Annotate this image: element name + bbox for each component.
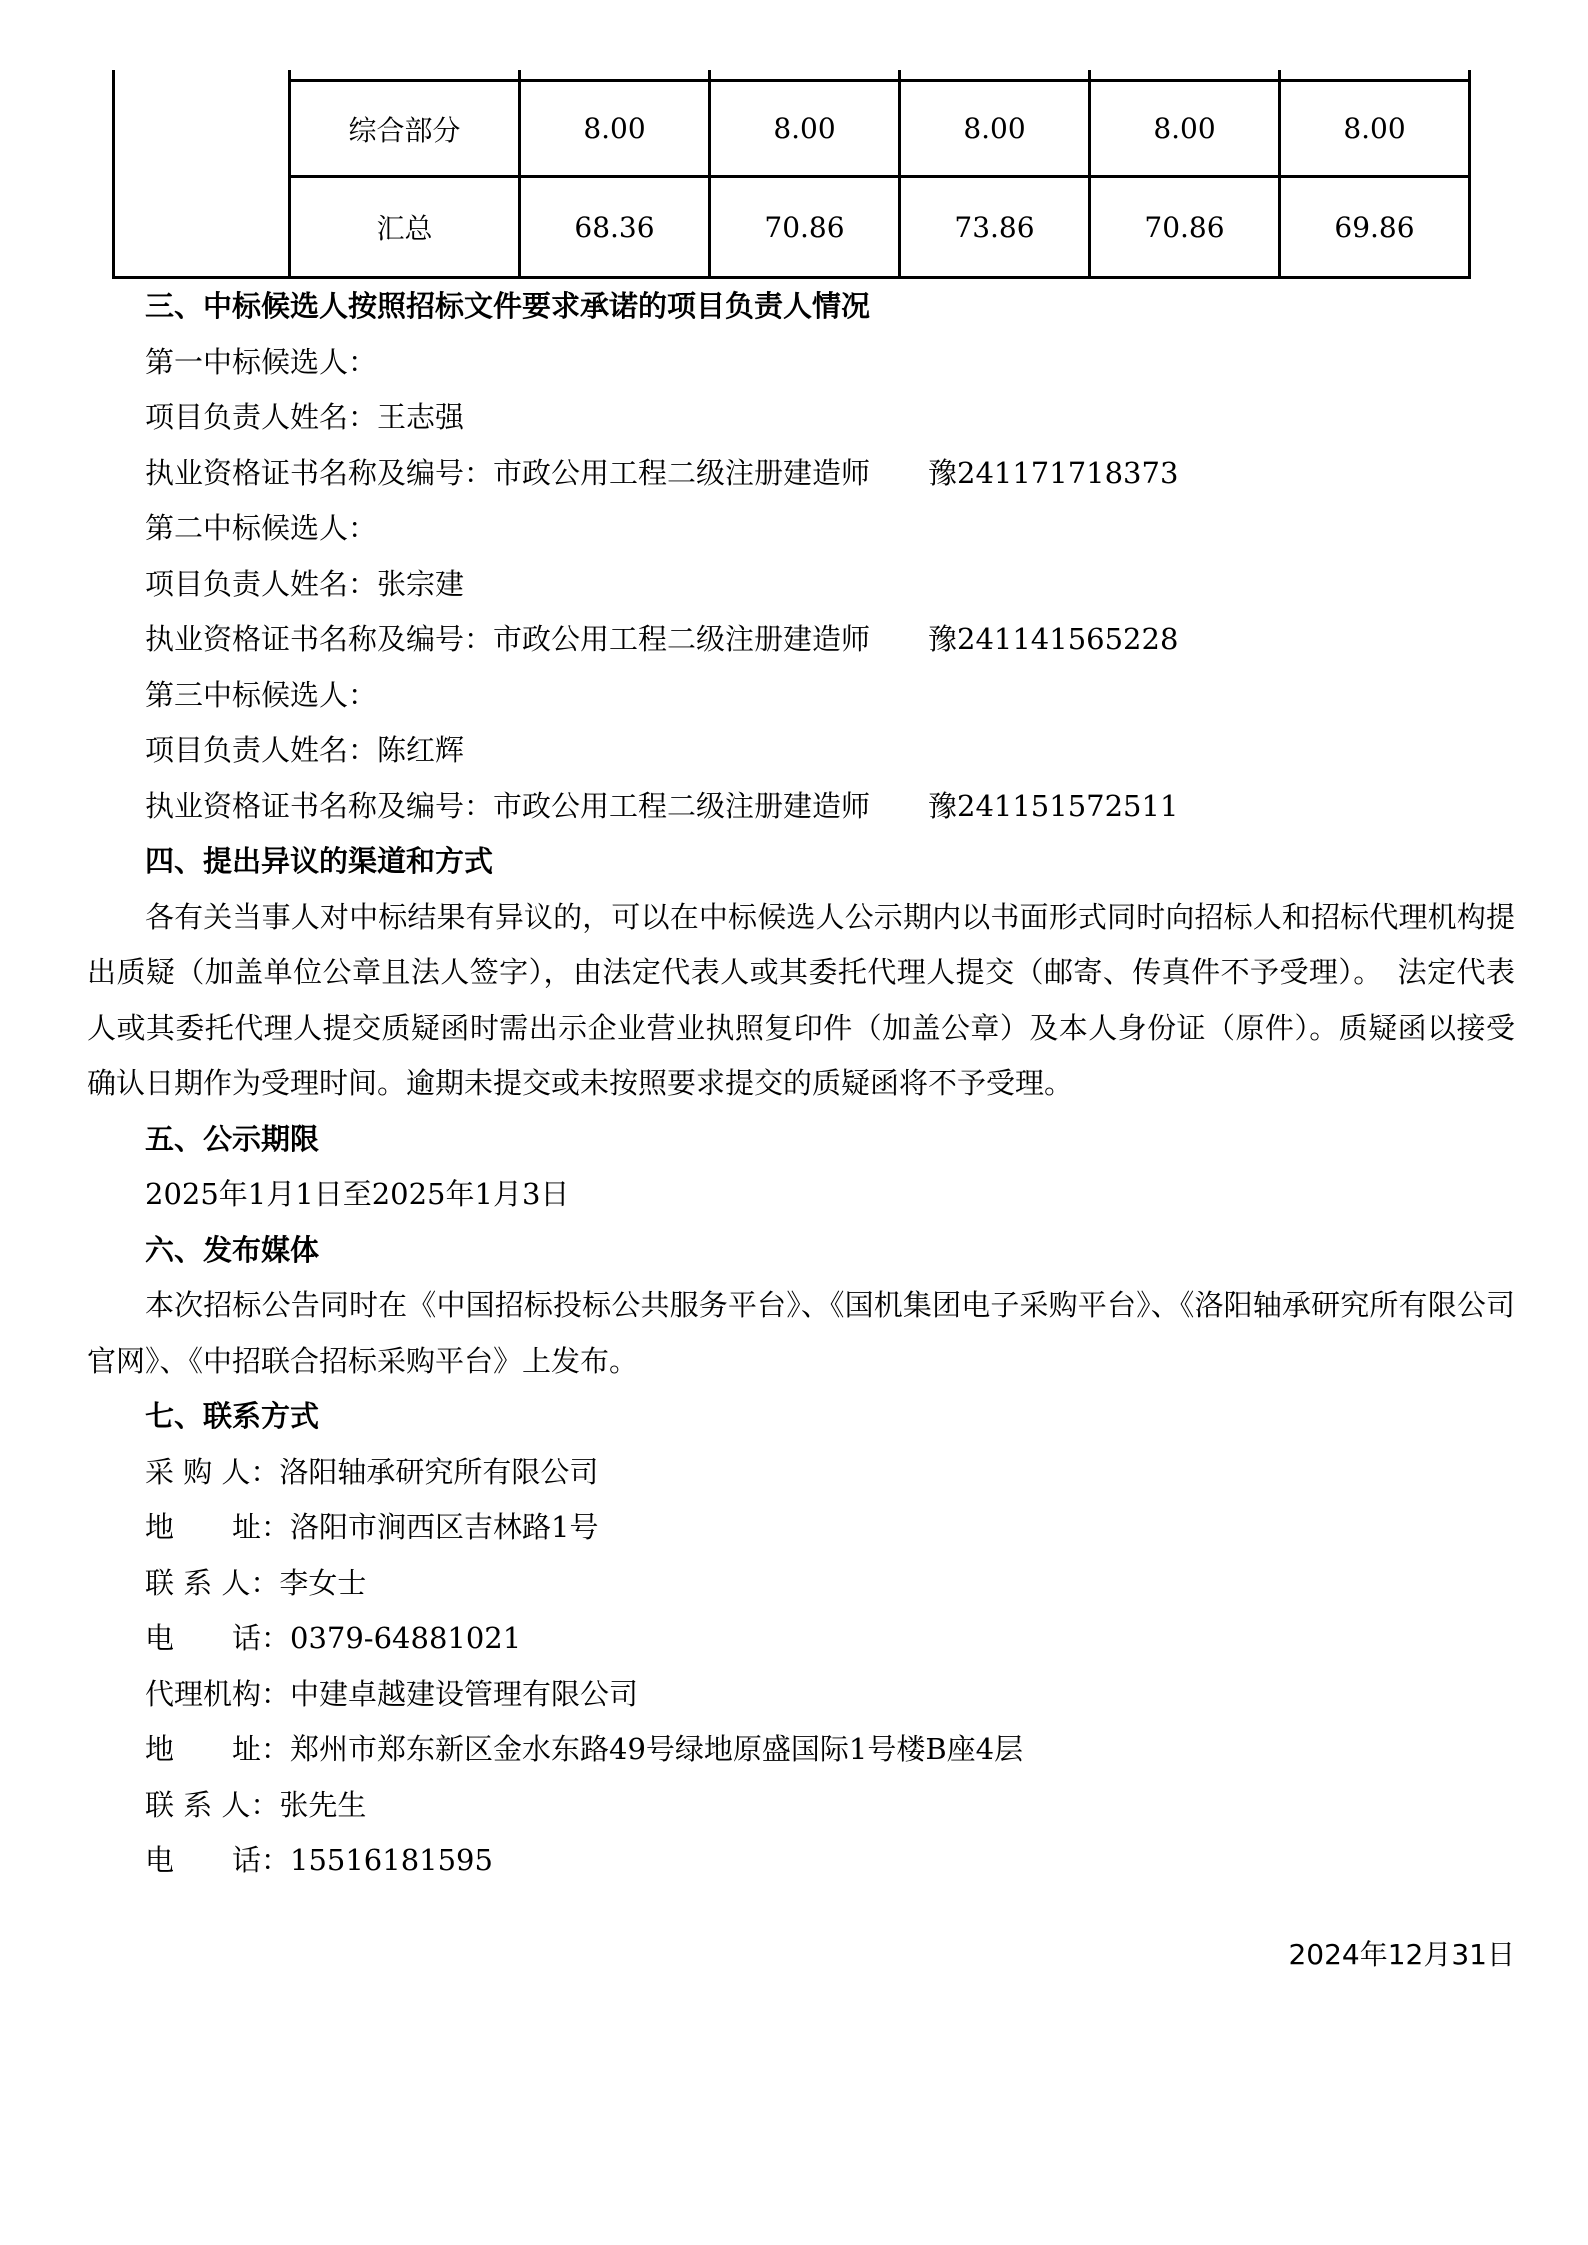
- candidate-line: 执业资格证书名称及编号：市政公用工程二级注册建造师 豫241151572511: [87, 779, 1515, 835]
- table-cutoff-row: [114, 70, 1470, 81]
- candidate-line: 第一中标候选人：: [87, 335, 1515, 391]
- document-body: 三、中标候选人按照招标文件要求承诺的项目负责人情况 第一中标候选人： 项目负责人…: [87, 279, 1515, 1982]
- contact-line: 联 系 人：张先生: [87, 1778, 1515, 1834]
- score-cell: 8.00: [900, 81, 1090, 177]
- section-6-paragraph: 本次招标公告同时在《中国招标投标公共服务平台》、《国机集团电子采购平台》、《洛阳…: [87, 1278, 1515, 1389]
- table-row: 综合部分 8.00 8.00 8.00 8.00 8.00: [114, 81, 1470, 177]
- candidate-line: 项目负责人姓名：王志强: [87, 390, 1515, 446]
- contact-line: 电 话：0379-64881021: [87, 1611, 1515, 1667]
- score-cell: 70.86: [710, 177, 900, 278]
- contact-line: 地 址：郑州市郑东新区金水东路49号绿地原盛国际1号楼B座4层: [87, 1722, 1515, 1778]
- candidate-line: 第二中标候选人：: [87, 501, 1515, 557]
- candidate-line: 项目负责人姓名：张宗建: [87, 557, 1515, 613]
- section-7-heading: 七、联系方式: [87, 1389, 1515, 1445]
- row-label: 汇总: [290, 177, 520, 278]
- section-6-heading: 六、发布媒体: [87, 1223, 1515, 1279]
- contact-line: 联 系 人：李女士: [87, 1556, 1515, 1612]
- score-cell: 68.36: [520, 177, 710, 278]
- candidate-line: 执业资格证书名称及编号：市政公用工程二级注册建造师 豫241141565228: [87, 612, 1515, 668]
- table-row: 汇总 68.36 70.86 73.86 70.86 69.86: [114, 177, 1470, 278]
- publicity-period: 2025年1月1日至2025年1月3日: [87, 1167, 1515, 1223]
- candidate-line: 项目负责人姓名：陈红辉: [87, 723, 1515, 779]
- score-cell: 69.86: [1280, 177, 1470, 278]
- score-cell: 73.86: [900, 177, 1090, 278]
- contact-line: 电 话：15516181595: [87, 1833, 1515, 1889]
- score-cell: 8.00: [520, 81, 710, 177]
- document-page: 综合部分 8.00 8.00 8.00 8.00 8.00 汇总 68.36 7…: [0, 0, 1588, 2245]
- score-cell: 8.00: [1090, 81, 1280, 177]
- section-3-heading: 三、中标候选人按照招标文件要求承诺的项目负责人情况: [87, 279, 1515, 335]
- candidate-line: 第三中标候选人：: [87, 668, 1515, 724]
- contact-line: 代理机构：中建卓越建设管理有限公司: [87, 1667, 1515, 1723]
- candidate-line: 执业资格证书名称及编号：市政公用工程二级注册建造师 豫241171718373: [87, 446, 1515, 502]
- section-4-heading: 四、提出异议的渠道和方式: [87, 834, 1515, 890]
- score-cell: 70.86: [1090, 177, 1280, 278]
- row-label: 综合部分: [290, 81, 520, 177]
- score-cell: 8.00: [1280, 81, 1470, 177]
- document-date: 2024年12月31日: [87, 1927, 1515, 1983]
- contact-line: 地 址：洛阳市涧西区吉林路1号: [87, 1500, 1515, 1556]
- section-5-heading: 五、公示期限: [87, 1112, 1515, 1168]
- table-merged-empty-cell: [114, 70, 290, 278]
- score-cell: 8.00: [710, 81, 900, 177]
- score-table: 综合部分 8.00 8.00 8.00 8.00 8.00 汇总 68.36 7…: [112, 70, 1471, 279]
- section-4-paragraph: 各有关当事人对中标结果有异议的，可以在中标候选人公示期内以书面形式同时向招标人和…: [87, 890, 1515, 1112]
- contact-line: 采 购 人：洛阳轴承研究所有限公司: [87, 1445, 1515, 1501]
